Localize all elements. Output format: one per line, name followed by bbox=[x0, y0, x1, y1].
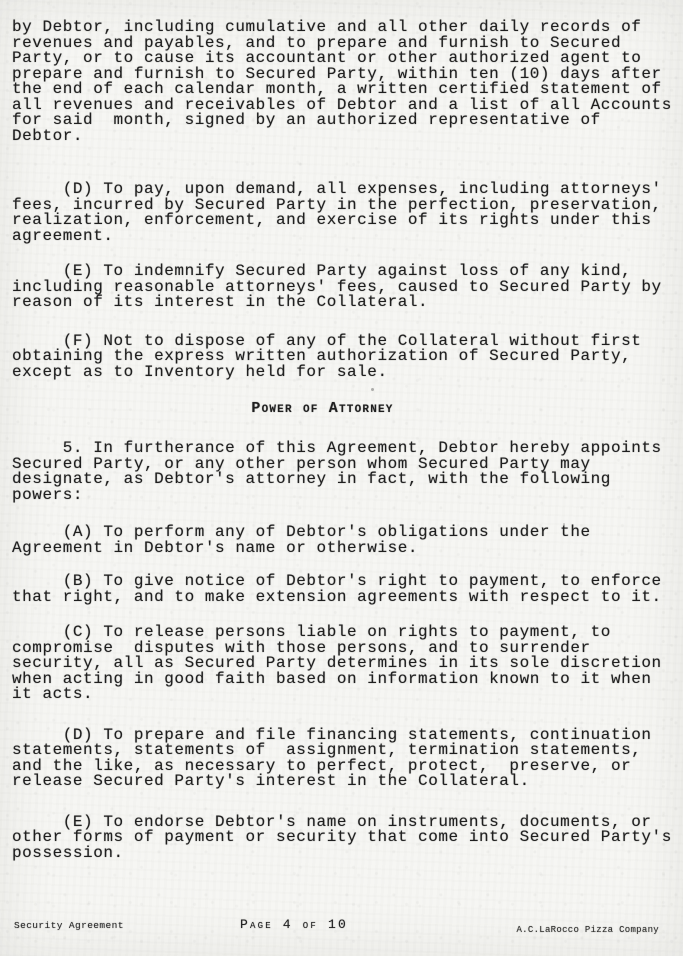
power-a-perform-obligations: (A) To perform any of Debtor's obligatio… bbox=[12, 525, 683, 556]
clause-d-pay-expenses: (D) To pay, upon demand, all expenses, i… bbox=[12, 182, 683, 244]
footer-page-number: Page 4 of 10 bbox=[240, 917, 348, 932]
section-heading-power-of-attorney: Power of Attorney bbox=[12, 401, 683, 417]
paragraph-5-appointment: 5. In furtherance of this Agreement, Deb… bbox=[12, 441, 683, 503]
power-e-endorse-name: (E) To endorse Debtor's name on instrume… bbox=[12, 815, 683, 862]
clause-e-indemnify: (E) To indemnify Secured Party against l… bbox=[12, 264, 683, 311]
scan-speck bbox=[371, 388, 374, 391]
power-b-give-notice: (B) To give notice of Debtor's right to … bbox=[12, 574, 683, 605]
scan-speck bbox=[612, 268, 614, 270]
clause-f-not-dispose: (F) Not to dispose of any of the Collate… bbox=[12, 334, 683, 381]
footer-company-name: A.C.LaRocco Pizza Company bbox=[516, 925, 659, 935]
footer-document-title: Security Agreement bbox=[14, 920, 124, 931]
power-d-file-statements: (D) To prepare and file financing statem… bbox=[12, 728, 683, 790]
power-c-release-persons: (C) To release persons liable on rights … bbox=[12, 625, 683, 703]
document-body: by Debtor, including cumulative and all … bbox=[0, 0, 683, 861]
scanned-document-page: by Debtor, including cumulative and all … bbox=[0, 0, 683, 956]
page-footer: Security Agreement Page 4 of 10 A.C.LaRo… bbox=[0, 914, 683, 956]
scan-speck bbox=[563, 523, 565, 526]
paragraph-records-continuation: by Debtor, including cumulative and all … bbox=[12, 20, 683, 144]
